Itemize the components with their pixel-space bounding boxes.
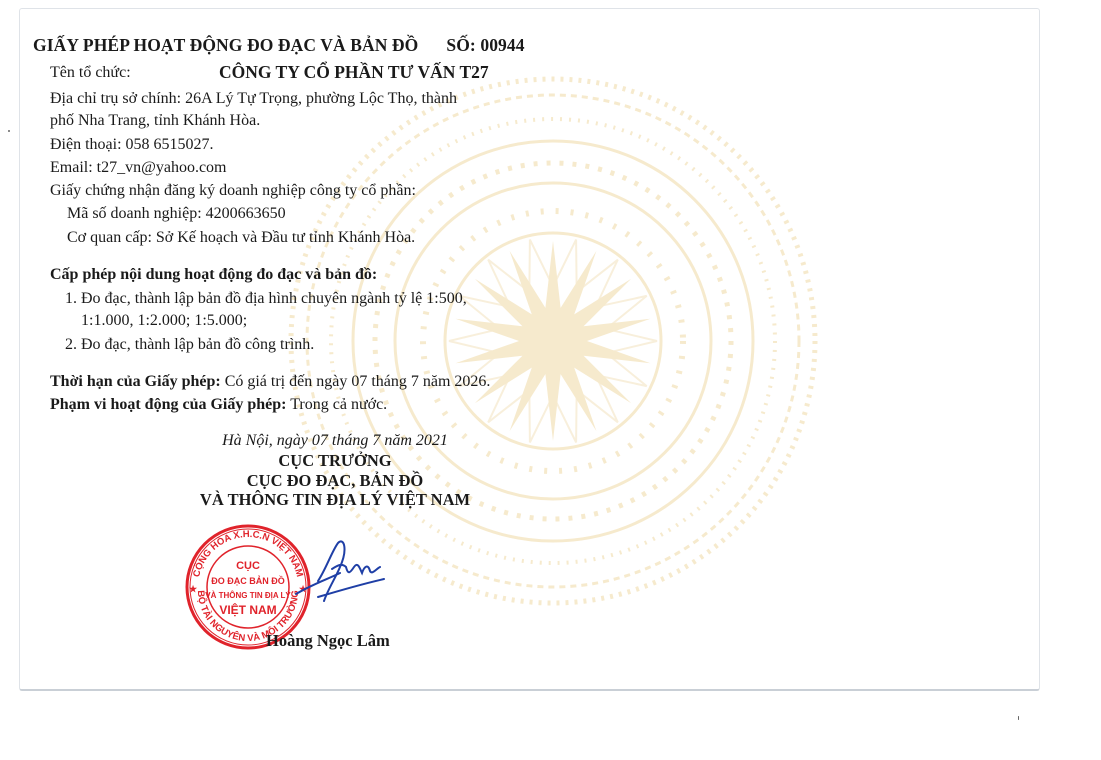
scan-speck bbox=[8, 130, 10, 132]
range-label: Phạm vi hoạt động của Giấy phép: bbox=[50, 396, 286, 413]
agency-line-1: CỤC ĐO ĐẠC, BẢN ĐỒ bbox=[175, 471, 495, 491]
signer-name: Hoàng Ngọc Lâm bbox=[266, 631, 390, 651]
signature-icon bbox=[288, 539, 388, 609]
scope-heading: Cấp phép nội dung hoạt động đo đạc và bả… bbox=[50, 266, 377, 284]
validity: Thời hạn của Giấy phép: Có giá trị đến n… bbox=[50, 373, 490, 391]
scope-item-1-cont: 1:1.000, 1:2.000; 1:5.000; bbox=[81, 312, 247, 330]
scope-item-2: 2. Đo đạc, thành lập bản đồ công trình. bbox=[65, 336, 314, 354]
document-title: GIẤY PHÉP HOẠT ĐỘNG ĐO ĐẠC VÀ BẢN ĐỒSỐ: … bbox=[33, 35, 525, 56]
operating-range: Phạm vi hoạt động của Giấy phép: Trong c… bbox=[50, 396, 387, 414]
signer-position: CỤC TRƯỞNG bbox=[175, 451, 495, 471]
business-code: Mã số doanh nghiệp: 4200663650 bbox=[67, 205, 286, 223]
email-address: Email: t27_vn@yahoo.com bbox=[50, 159, 226, 177]
address-line-2: phố Nha Trang, tỉnh Khánh Hòa. bbox=[50, 112, 260, 130]
validity-value: Có giá trị đến ngày 07 tháng 7 năm 2026. bbox=[221, 373, 491, 390]
svg-text:★: ★ bbox=[189, 584, 198, 594]
range-value: Trong cả nước. bbox=[286, 396, 387, 413]
svg-text:VÀ THÔNG TIN ĐỊA LÝ: VÀ THÔNG TIN ĐỊA LÝ bbox=[205, 591, 291, 600]
org-label: Tên tổ chức: bbox=[50, 64, 131, 82]
license-document: GIẤY PHÉP HOẠT ĐỘNG ĐO ĐẠC VÀ BẢN ĐỒSỐ: … bbox=[19, 8, 1040, 691]
agency-line-2: VÀ THÔNG TIN ĐỊA LÝ VIỆT NAM bbox=[175, 490, 495, 510]
org-name: CÔNG TY CỔ PHẦN TƯ VẤN T27 bbox=[219, 62, 489, 83]
svg-text:CỤC: CỤC bbox=[236, 560, 260, 572]
svg-text:ĐO ĐẠC BẢN ĐỒ: ĐO ĐẠC BẢN ĐỒ bbox=[211, 575, 285, 586]
license-number: SỐ: 00944 bbox=[446, 35, 524, 55]
business-cert-label: Giấy chứng nhận đăng ký doanh nghiệp côn… bbox=[50, 182, 416, 200]
scope-item-1: 1. Đo đạc, thành lập bản đồ địa hình chu… bbox=[65, 290, 467, 308]
phone-number: Điện thoại: 058 6515027. bbox=[50, 136, 214, 154]
svg-text:VIỆT NAM: VIỆT NAM bbox=[219, 602, 276, 617]
validity-label: Thời hạn của Giấy phép: bbox=[50, 373, 221, 390]
place-date: Hà Nội, ngày 07 tháng 7 năm 2021 bbox=[175, 432, 495, 450]
address-line-1: Địa chỉ trụ sở chính: 26A Lý Tự Trọng, p… bbox=[50, 90, 457, 108]
scan-speck bbox=[1018, 716, 1019, 720]
issuing-agency: Cơ quan cấp: Sở Kế hoạch và Đầu tư tỉnh … bbox=[67, 229, 415, 247]
